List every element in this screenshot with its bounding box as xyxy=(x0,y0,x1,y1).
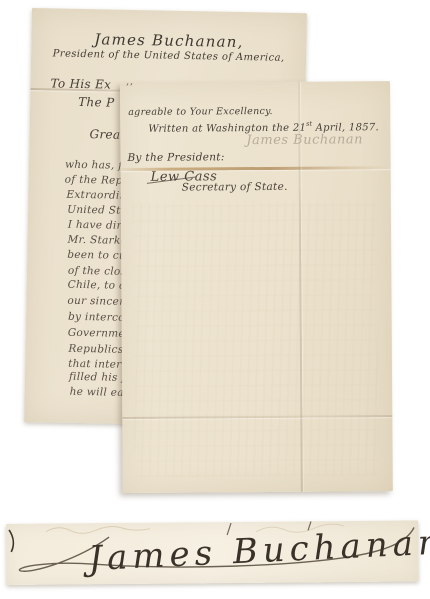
by-the-president-line: By the President: xyxy=(127,151,224,164)
page-back-body-fragment: that interc xyxy=(68,358,128,371)
buchanan-signature-large: James Buchanan xyxy=(87,522,430,579)
letter-page-front: ’’ agreable to Your Excellency. Written … xyxy=(120,81,393,493)
fold-crease-lower xyxy=(122,415,392,419)
page-back-body-fragment: I have dir xyxy=(68,219,122,232)
page-back-salutation-line-3: Grea xyxy=(89,127,120,142)
document-photo: James Buchanan, President of the United … xyxy=(0,0,430,599)
cut-stroke-left-edge xyxy=(9,530,13,552)
signature-closeup-strip: James Buchanan xyxy=(6,520,419,585)
page-back-body-fragment: he will ea xyxy=(70,386,124,399)
president-signature-faded: James Buchanan xyxy=(246,132,363,148)
page-front-closing-line: agreable to Your Excellency. xyxy=(128,106,273,118)
page-back-body-fragment: Mr. Starke xyxy=(67,234,127,247)
page-back-salutation-line-2: The P xyxy=(78,95,114,110)
ghost-writing-stroke xyxy=(46,526,150,534)
page-back-body-fragment: filled his f xyxy=(69,371,126,384)
page-front-ditto-marks: ’’ xyxy=(126,83,134,93)
secretary-of-state-line: Secretary of State. xyxy=(182,181,288,194)
